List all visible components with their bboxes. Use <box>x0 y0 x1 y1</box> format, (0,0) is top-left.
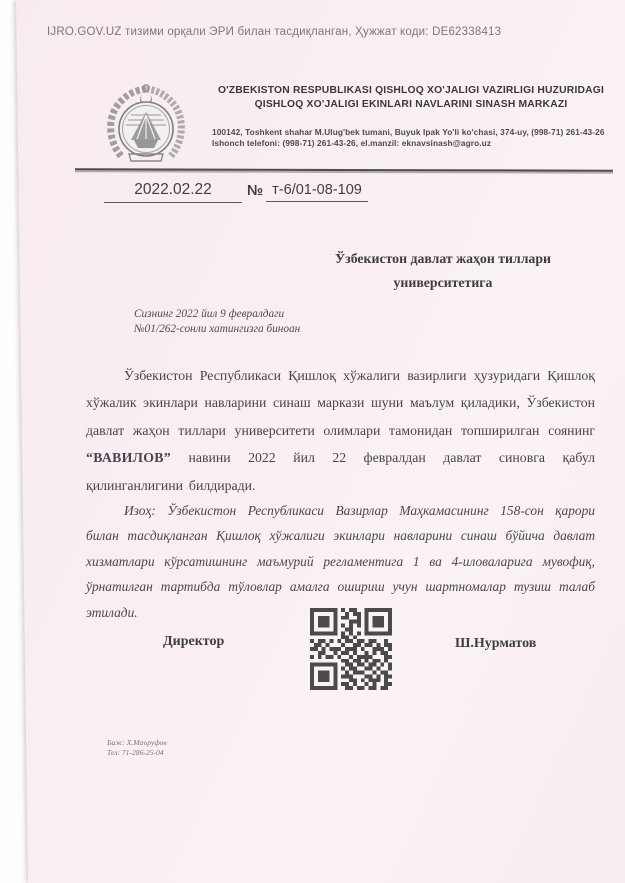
organization-address: 100142, Toshkent shahar M.Ulug'bek tuman… <box>212 127 617 149</box>
body-paragraph: Ўзбекистон Республикаси Қишлоқ хўжалиги … <box>86 362 595 499</box>
number-sign: № <box>247 183 263 199</box>
note-text: Ўзбекистон Республикаси Вазирлар Маҳкама… <box>86 503 595 620</box>
addressee-block: Ўзбекистон давлат жаҳон тиллари универси… <box>292 247 594 295</box>
org-name-line1: O'ZBEKISTON RESPUBLIKASI QISHLOQ XO'JALI… <box>205 84 617 98</box>
addressee-line1: Ўзбекистон давлат жаҳон тиллари <box>292 247 594 271</box>
reference-row: 2022.02.22 № т-6/01-08-109 <box>0 181 625 207</box>
executor-phone: Тел: 71-286-25-04 <box>107 748 167 758</box>
letter-date: 2022.02.22 <box>104 181 242 203</box>
address-line1: 100142, Toshkent shahar M.Ulug'bek tuman… <box>212 127 617 138</box>
organization-name: O'ZBEKISTON RESPUBLIKASI QISHLOQ XO'JALI… <box>205 84 617 111</box>
body-text-before-variety: Ўзбекистон Республикаси Қишлоқ хўжалиги … <box>86 368 595 438</box>
signer-title: Директор <box>163 634 224 650</box>
signer-name: Ш.Нурматов <box>455 636 536 652</box>
letter-number: т-6/01-08-109 <box>266 182 368 202</box>
variety-name: “ВАВИЛОВ” <box>86 450 171 465</box>
note-paragraph: Изоҳ: Ўзбекистон Республикаси Вазирлар М… <box>86 498 595 625</box>
regarding-line1: Сизнинг 2022 йил 9 февралдаги <box>134 307 394 322</box>
address-line2: Ishonch telefoni: (998-71) 261-43-26, el… <box>212 138 617 149</box>
executor-name: Баж: Х.Маъруфов <box>107 738 167 748</box>
eri-verification-note: IJRO.GOV.UZ тизими орқали ЭРИ билан тасд… <box>47 26 587 38</box>
regarding-reference: Сизнинг 2022 йил 9 февралдаги №01/262-со… <box>134 307 394 336</box>
addressee-line2: университетига <box>292 271 594 295</box>
uzbekistan-state-emblem-icon <box>101 82 191 174</box>
note-label: Изоҳ: <box>124 503 156 518</box>
org-name-line2: QISHLOQ XO'JALIGI EKINLARI NAVLARINI SIN… <box>205 98 617 112</box>
executor-footer: Баж: Х.Маъруфов Тел: 71-286-25-04 <box>107 738 167 757</box>
regarding-line2: №01/262-сонли хатингизга биноан <box>134 322 394 337</box>
letter-content: IJRO.GOV.UZ тизими орқали ЭРИ билан тасд… <box>0 0 625 883</box>
verification-qr-code-icon <box>310 608 392 690</box>
